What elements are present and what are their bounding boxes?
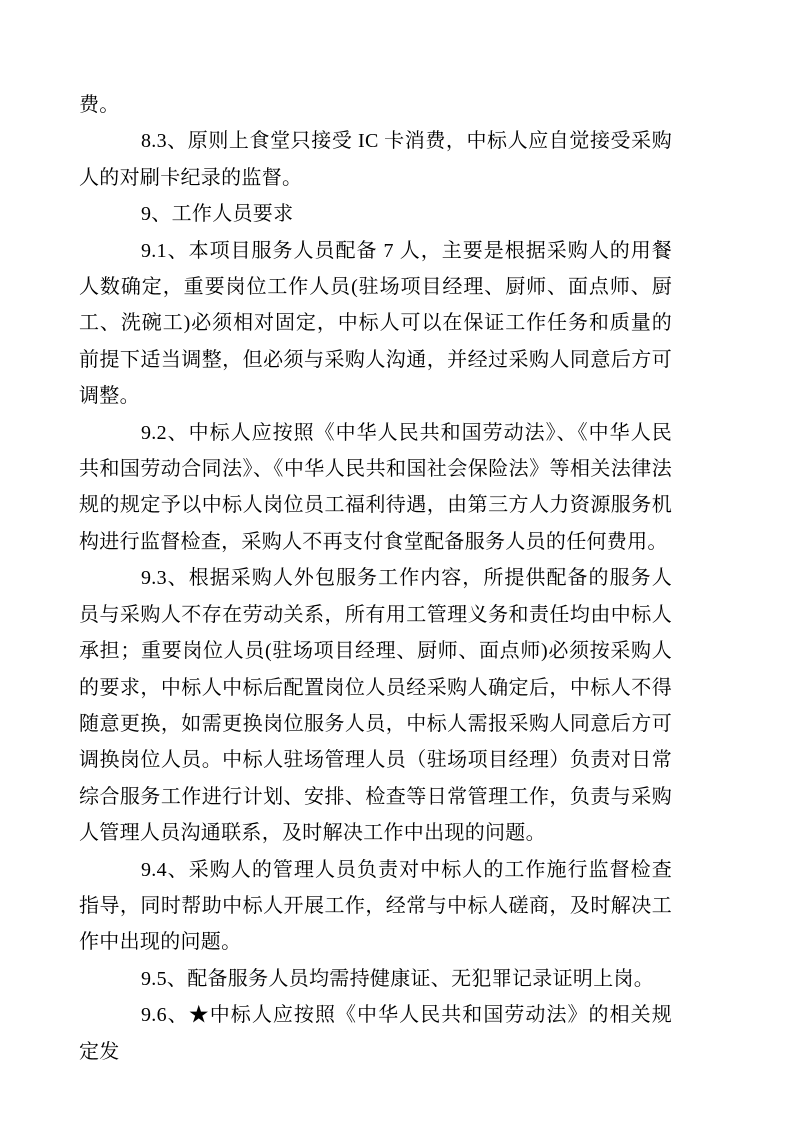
- document-paragraph: 9.3、根据采购人外包服务工作内容，所提供配备的服务人员与采购人不存在劳动关系，…: [79, 560, 672, 851]
- document-paragraph: 9.5、配备服务人员均需持健康证、无犯罪记录证明上岗。: [79, 961, 672, 997]
- document-content: 费。8.3、原则上食堂只接受 IC 卡消费，中标人应自觉接受采购人的对刷卡纪录的…: [79, 87, 672, 1070]
- document-paragraph: 9.1、本项目服务人员配备 7 人，主要是根据采购人的用餐人数确定，重要岗位工作…: [79, 233, 672, 415]
- document-paragraph: 9.4、采购人的管理人员负责对中标人的工作施行监督检查指导，同时帮助中标人开展工…: [79, 852, 672, 961]
- document-paragraph: 费。: [79, 87, 672, 123]
- document-paragraph: 9、工作人员要求: [79, 196, 672, 232]
- document-page: 费。8.3、原则上食堂只接受 IC 卡消费，中标人应自觉接受采购人的对刷卡纪录的…: [0, 0, 793, 1122]
- document-paragraph: 9.6、★中标人应按照《中华人民共和国劳动法》的相关规定发: [79, 997, 672, 1070]
- document-paragraph: 8.3、原则上食堂只接受 IC 卡消费，中标人应自觉接受采购人的对刷卡纪录的监督…: [79, 123, 672, 196]
- document-paragraph: 9.2、中标人应按照《中华人民共和国劳动法》、《中华人民共和国劳动合同法》、《中…: [79, 415, 672, 561]
